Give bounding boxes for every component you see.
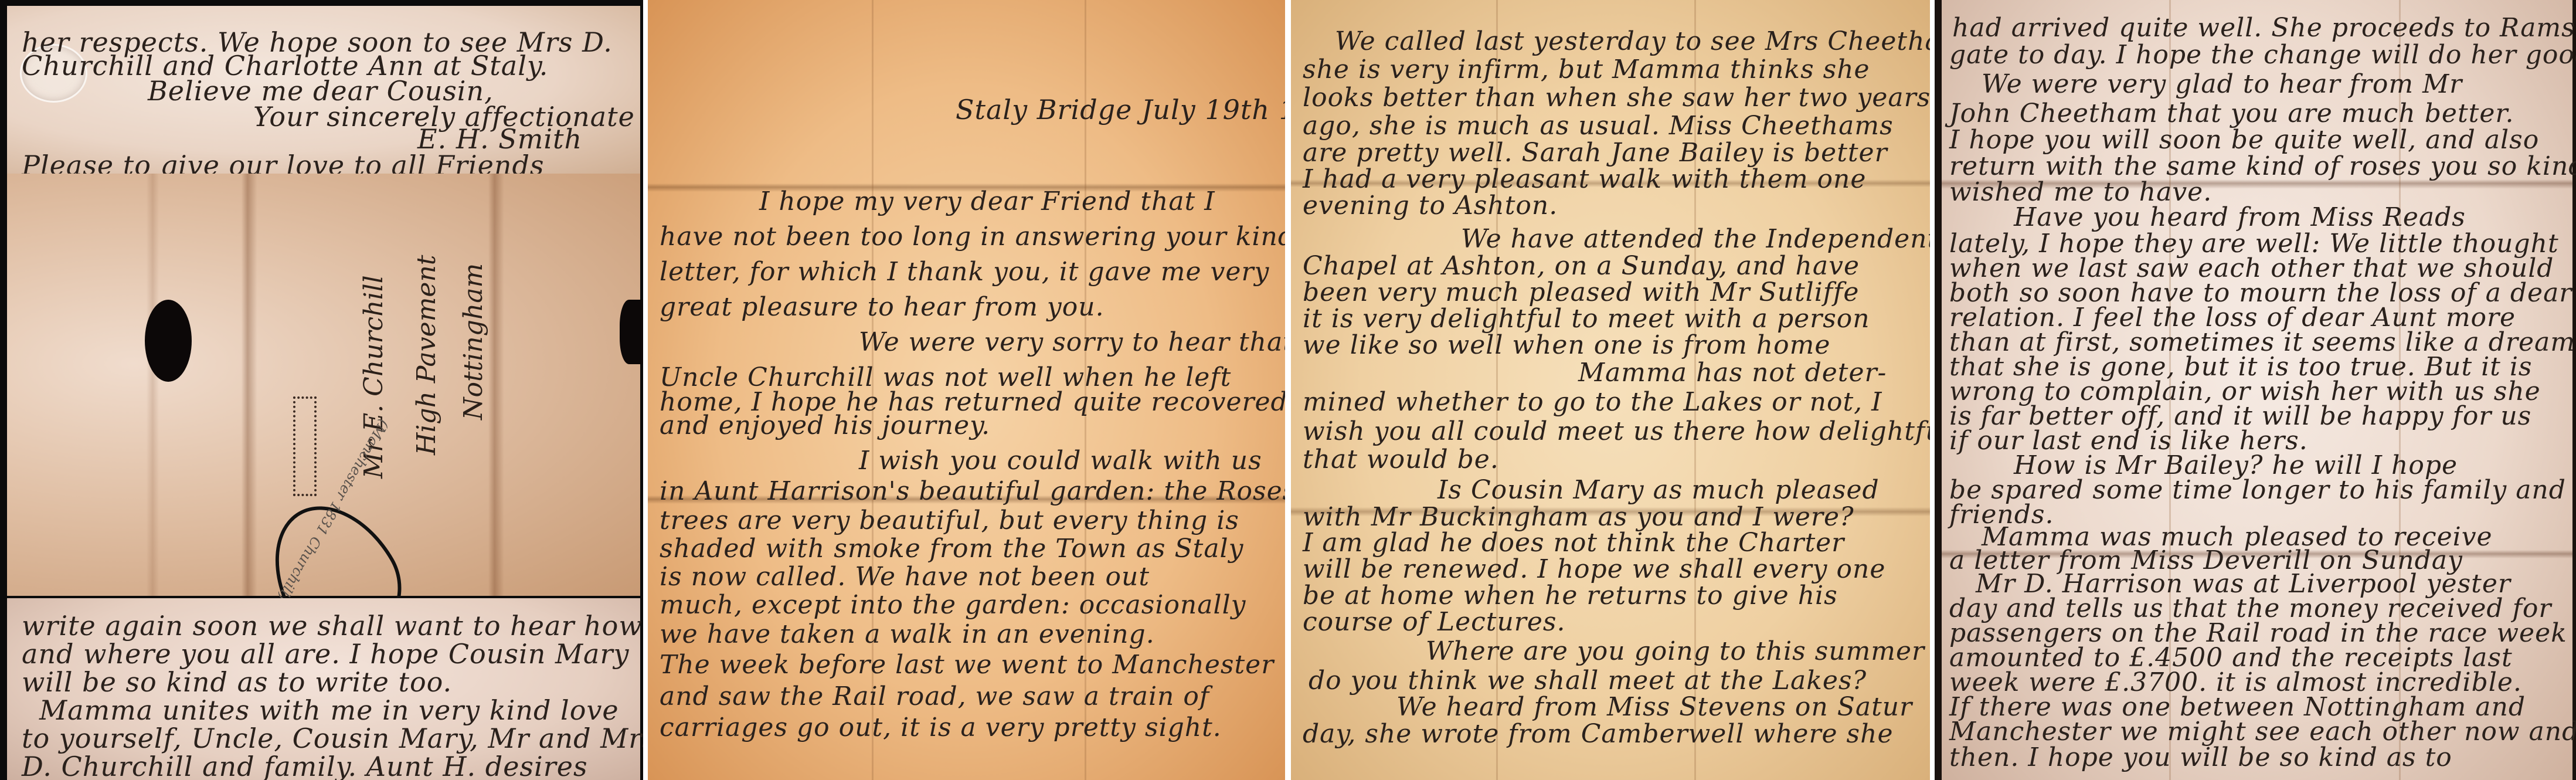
text-line: been very much pleased with Mr Sutliffe xyxy=(1303,277,1859,307)
text-line: gate to day. I hope the change will do h… xyxy=(1949,40,2576,70)
text-line: I hope my very dear Friend that I xyxy=(759,186,1215,216)
text-line: We have attended the Independent xyxy=(1461,224,1930,254)
letter-heading-date: Staly Bridge July 19th 1831 xyxy=(956,94,1285,126)
text-line: carriages go out, it is a very pretty si… xyxy=(660,713,1222,742)
text-line: write again soon we shall want to hear h… xyxy=(22,610,643,642)
text-line: it is very delightful to meet with a per… xyxy=(1303,304,1870,334)
text-line: are pretty well. Sarah Jane Bailey is be… xyxy=(1303,138,1888,168)
text-line: looks better than when she saw her two y… xyxy=(1303,83,1930,113)
text-line: great pleasure to hear from you. xyxy=(660,292,1105,322)
text-line: that would be. xyxy=(1303,445,1499,474)
text-line: Have you heard from Miss Reads xyxy=(2014,202,2466,232)
text-line: D. Churchill and family. Aunt H. desires xyxy=(22,751,588,780)
text-line: evening to Ashton. xyxy=(1303,191,1558,221)
text-line: Mamma unites with me in very kind love xyxy=(39,694,619,726)
text-line: We heard from Miss Stevens on Satur xyxy=(1396,692,1912,722)
text-line: Chapel at Ashton, on a Sunday, and have xyxy=(1303,251,1860,281)
text-line: be at home when he returns to give his xyxy=(1303,581,1838,611)
letter-panel-page-3: had arrived quite well. She proceeds to … xyxy=(1935,0,2576,780)
sheet-top-section: her respects. We hope soon to see Mrs D.… xyxy=(7,6,640,175)
text-line: she is very infirm, but Mamma thinks she xyxy=(1303,55,1870,84)
text-line: We called last yesterday to see Mrs Chee… xyxy=(1335,26,1930,56)
text-line: John Cheetham that you are much better. xyxy=(1949,99,2514,128)
text-line: day, she wrote from Camberwell where she xyxy=(1303,719,1893,749)
text-line: I had a very pleasant walk with them one xyxy=(1303,164,1866,194)
envelope-address-section: Mr E. Churchill High Pavement Nottingham… xyxy=(7,174,640,596)
text-line: and enjoyed his journey. xyxy=(660,411,990,440)
text-line: will be renewed. I hope we shall every o… xyxy=(1303,554,1885,584)
text-line: will be so kind as to write too. xyxy=(22,666,452,698)
text-line: mined whether to go to the Lakes or not,… xyxy=(1303,387,1882,417)
text-line: Where are you going to this summer xyxy=(1426,636,1925,666)
text-line: then. I hope you will be so kind as to xyxy=(1949,742,2452,772)
text-line: had arrived quite well. She proceeds to … xyxy=(1952,13,2575,43)
address-line-street: High Pavement xyxy=(412,255,441,455)
text-line: wish you all could meet us there how del… xyxy=(1303,416,1930,446)
text-line: do you think we shall meet at the Lakes? xyxy=(1309,666,1867,696)
text-line: have not been too long in answering your… xyxy=(660,222,1285,252)
address-line-city: Nottingham xyxy=(458,263,488,420)
text-line: Mamma has not deter- xyxy=(1578,358,1887,388)
text-line: I hope you will soon be quite well, and … xyxy=(1949,125,2539,155)
text-line: to yourself, Uncle, Cousin Mary, Mr and … xyxy=(22,723,643,754)
wax-seal-fragment-icon xyxy=(620,300,643,364)
text-line: letter, for which I thank you, it gave m… xyxy=(660,257,1269,287)
text-line: Is Cousin Mary as much pleased xyxy=(1437,475,1880,505)
text-line: we have taken a walk in an evening. xyxy=(660,619,1155,649)
text-line: I wish you could walk with us xyxy=(859,446,1262,476)
wax-seal-icon xyxy=(145,300,192,382)
text-line: We were very sorry to hear that xyxy=(859,327,1285,357)
text-line: much, except into the garden: occasional… xyxy=(660,590,1246,620)
text-line: trees are very beautiful, but every thin… xyxy=(660,506,1239,535)
text-line: is now called. We have not been out xyxy=(660,562,1150,592)
text-line: and saw the Rail road, we saw a train of xyxy=(660,681,1209,711)
text-line: shaded with smoke from the Town as Staly xyxy=(660,534,1243,564)
postal-stamp-mark xyxy=(293,396,317,496)
letter-panel-page-2: We called last yesterday to see Mrs Chee… xyxy=(1291,0,1930,780)
letter-panel-page-1: Staly Bridge July 19th 1831 I hope my ve… xyxy=(648,0,1285,780)
text-line: course of Lectures. xyxy=(1303,607,1565,637)
text-line: I am glad he does not think the Charter xyxy=(1303,528,1844,558)
letter-panel-envelope: her respects. We hope soon to see Mrs D.… xyxy=(0,0,643,780)
text-line: we like so well when one is from home xyxy=(1303,330,1830,360)
text-line: and where you all are. I hope Cousin Mar… xyxy=(22,638,629,670)
text-line: ago, she is much as usual. Miss Cheetham… xyxy=(1303,111,1894,141)
sheet-bottom-section: write again soon we shall want to hear h… xyxy=(7,598,640,780)
text-line: We were very glad to hear from Mr xyxy=(1982,69,2462,99)
text-line: in Aunt Harrison's beautiful garden: the… xyxy=(660,476,1285,506)
text-line: The week before last we went to Manchest… xyxy=(660,650,1274,680)
